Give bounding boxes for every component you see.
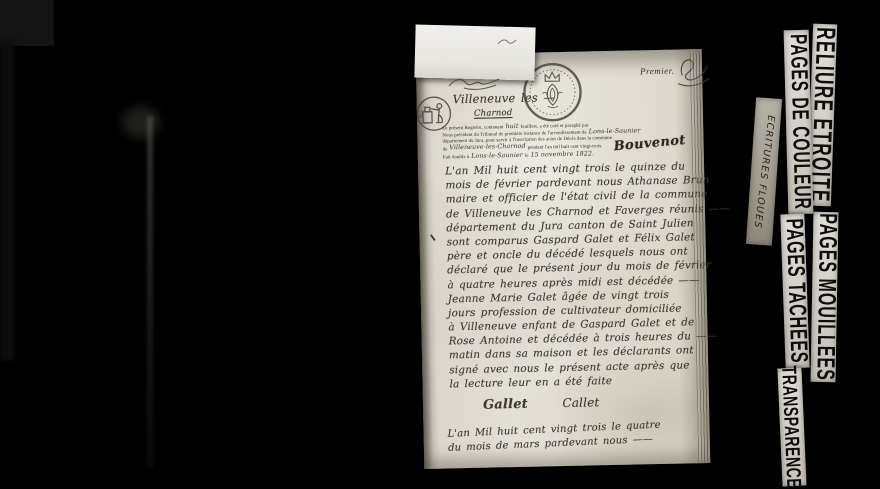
- commune-name: Villeneuve les —: [452, 90, 555, 106]
- commune-name-2: Charnod: [474, 108, 513, 119]
- next-act-text: L'an Mil huit cent vingt trois le quatre…: [447, 420, 661, 456]
- folio-label: Premier.: [640, 66, 675, 77]
- condition-label-text: ECRITURES FLOUES: [752, 114, 777, 229]
- condition-label-pages-de-couleur: PAGES DE COULEUR: [784, 30, 814, 215]
- margin-mark: [430, 234, 435, 241]
- ink-scribble: [446, 70, 502, 92]
- register-page: 50 c Premier. Villeneuve les — Charnod L…: [416, 49, 711, 469]
- book-spine-edge: [147, 116, 153, 468]
- condition-label-pages-tachees: PAGES TACHEES: [780, 214, 809, 369]
- film-edge-shadow: [0, 40, 14, 360]
- condition-label-ecritures-floues: ECRITURES FLOUES: [746, 97, 782, 245]
- ink-mark: [496, 36, 518, 48]
- signature-callet: Callet: [562, 395, 599, 410]
- handwritten-insert: Lons-le-Saunier: [589, 127, 641, 135]
- handwritten-insert: Villeneuve-les-Charnod: [449, 143, 525, 152]
- act-signatures: Gallet Callet: [483, 393, 600, 413]
- handwritten-insert: huit: [505, 122, 518, 129]
- book-cover-smudge: [122, 106, 160, 138]
- condition-label-text: PAGES TACHEES: [779, 218, 811, 364]
- condition-label-text: PAGES DE COULEUR: [783, 34, 815, 211]
- condition-label-transparence: TRANSPARENCE: [777, 368, 806, 480]
- condition-label-pages-mouillees: PAGES MOUILLEES: [811, 212, 839, 382]
- condition-label-text: PAGES MOUILLEES: [809, 213, 840, 381]
- condition-label-text: TRANSPARENCE: [778, 365, 807, 480]
- handwritten-insert: Lons-le-Saunier: [471, 152, 523, 160]
- signature-flourish-icon: [674, 53, 713, 90]
- handwritten-insert: 15 novembre 1822.: [530, 150, 594, 158]
- signature-gallet: Gallet: [483, 397, 528, 413]
- death-act-text: L'an Mil huit cent vingt trois le quinze…: [445, 160, 704, 392]
